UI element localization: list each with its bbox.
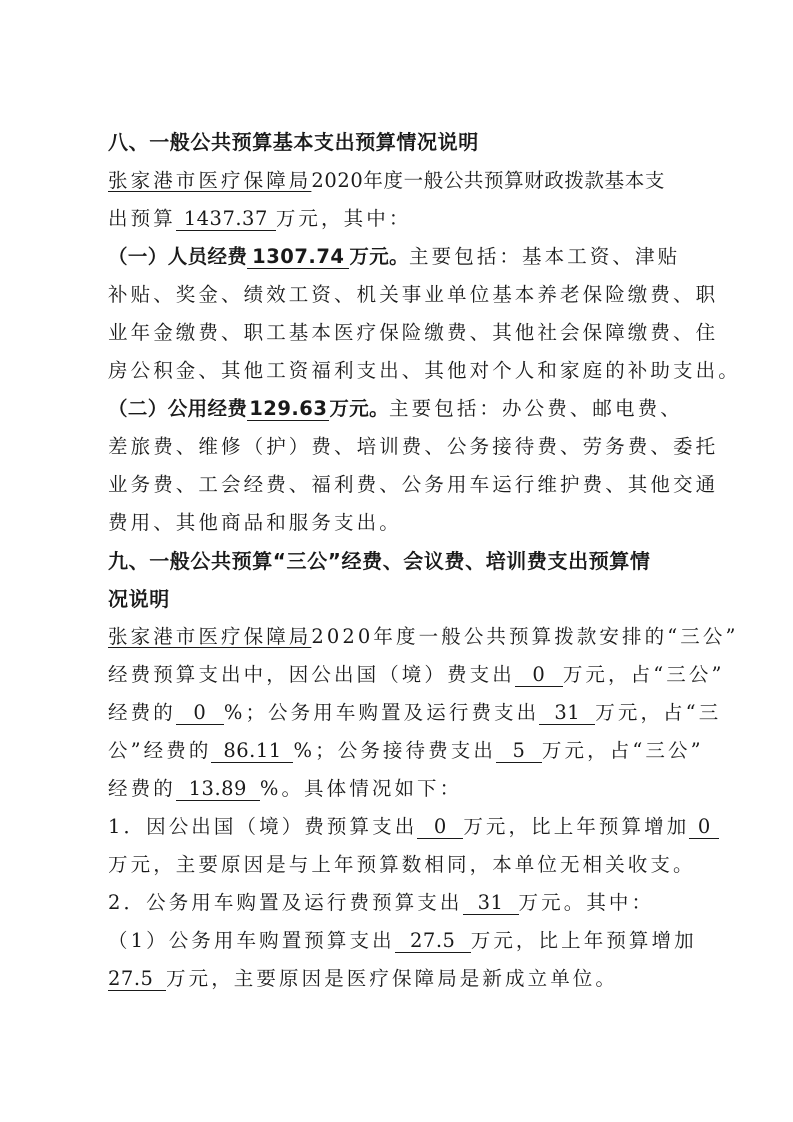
- public-desc: 主要包括：办公费、邮电费、: [389, 397, 683, 420]
- text: 经费的: [108, 777, 176, 800]
- personnel-desc: 主要包括：基本工资、津贴: [409, 245, 680, 268]
- item-2-1-amount-field: 27.5: [395, 930, 471, 953]
- text: 万元，比上年预算增加: [471, 929, 697, 952]
- reception-amount-field: 5: [496, 740, 542, 763]
- section-9-line-3: 经费的0%；公务用车购置及运行费支出31万元，占“三: [108, 699, 721, 727]
- public-line-4: 费用、其他商品和服务支出。: [108, 509, 402, 537]
- text: %；公务接待费支出: [293, 739, 495, 762]
- text: （1）公务用车购置预算支出: [108, 929, 395, 952]
- public-line-3: 业务费、工会经费、福利费、公务用车运行维护费、其他交通: [108, 471, 718, 499]
- text: 公”经费的: [108, 739, 211, 762]
- section-8-intro-line-1: 张家港市医疗保障局2020年度一般公共预算财政拨款基本支: [108, 167, 665, 195]
- section-9-line-5: 经费的13.89%。具体情况如下：: [108, 775, 462, 803]
- intro-suffix: 万元，其中：: [276, 207, 412, 230]
- public-line-1: （二）公用经费129.63万元。主要包括：办公费、邮电费、: [108, 395, 683, 423]
- text: 万元，占“三: [595, 701, 721, 724]
- item-2-1-line-1: （1）公务用车购置预算支出27.5万元，比上年预算增加: [108, 927, 697, 955]
- public-unit: 万元。: [329, 397, 389, 420]
- text: 万元，占“三公”: [542, 739, 704, 762]
- text: 2．公务用车购置及运行费预算支出: [108, 891, 463, 914]
- section-9-heading-line-1: 九、一般公共预算“三公”经费、会议费、培训费支出预算情: [108, 547, 651, 575]
- item-2-line: 2．公务用车购置及运行费预算支出31万元。其中：: [108, 889, 654, 917]
- organization-name: 张家港市医疗保障局: [108, 169, 311, 192]
- vehicle-pct-field: 86.11: [211, 740, 293, 763]
- item-1-line-2: 万元，主要原因是与上年预算数相同，本单位无相关收支。: [108, 851, 696, 879]
- abroad-pct-field: 0: [176, 702, 224, 725]
- section-9-line-4: 公”经费的86.11%；公务接待费支出5万元，占“三公”: [108, 737, 704, 765]
- public-line-2: 差旅费、维修（护）费、培训费、公务接待费、劳务费、委托: [108, 433, 718, 461]
- text: 经费预算支出中，因公出国（境）费支出: [108, 663, 515, 686]
- section-9-line-2: 经费预算支出中，因公出国（境）费支出0万元，占“三公”: [108, 661, 725, 689]
- personnel-line-2: 补贴、奖金、绩效工资、机关事业单位基本养老保险缴费、职: [108, 281, 718, 309]
- section-9-heading-line-2: 况说明: [108, 585, 170, 613]
- section-8-intro-line-2: 出预算1437.37万元，其中：: [108, 205, 411, 233]
- personnel-amount-field: 1307.74: [247, 246, 349, 269]
- text: 1．因公出国（境）费预算支出: [108, 815, 417, 838]
- intro-prefix: 出预算: [108, 207, 176, 230]
- text: %。具体情况如下：: [260, 777, 462, 800]
- organization-name: 张家港市医疗保障局: [108, 625, 311, 648]
- text: 经费的: [108, 701, 176, 724]
- public-amount-field: 129.63: [247, 398, 329, 421]
- total-amount-field: 1437.37: [176, 208, 276, 231]
- text: 万元，比上年预算增加: [463, 815, 689, 838]
- item-2-1-line-2: 27.5万元，主要原因是医疗保障局是新成立单位。: [108, 965, 618, 993]
- text: 万元，占“三公”: [563, 663, 725, 686]
- text: 2020年度一般公共预算拨款安排的“三公”: [311, 625, 738, 648]
- personnel-line-4: 房公积金、其他工资福利支出、其他对个人和家庭的补助支出。: [108, 357, 741, 385]
- section-8-heading: 八、一般公共预算基本支出预算情况说明: [108, 128, 479, 156]
- text: 万元，主要原因是医疗保障局是新成立单位。: [166, 967, 618, 990]
- text: 万元。其中：: [519, 891, 655, 914]
- intro-text: 2020年度一般公共预算财政拨款基本支: [311, 169, 665, 192]
- vehicle-amount-field: 31: [539, 702, 595, 725]
- personnel-label: （一）人员经费: [108, 245, 247, 268]
- personnel-line-3: 业年金缴费、职工基本医疗保险缴费、其他社会保障缴费、住: [108, 319, 718, 347]
- reception-pct-field: 13.89: [176, 778, 260, 801]
- item-1-amount-field: 0: [417, 816, 463, 839]
- personnel-unit: 万元。: [349, 245, 409, 268]
- item-1-line-1: 1．因公出国（境）费预算支出0万元，比上年预算增加0: [108, 813, 719, 841]
- item-2-1-increase-field: 27.5: [108, 968, 166, 991]
- personnel-line-1: （一）人员经费1307.74万元。主要包括：基本工资、津贴: [108, 243, 680, 271]
- abroad-amount-field: 0: [515, 664, 563, 687]
- section-9-line-1: 张家港市医疗保障局2020年度一般公共预算拨款安排的“三公”: [108, 623, 739, 651]
- text: %；公务用车购置及运行费支出: [224, 701, 539, 724]
- item-1-increase-field: 0: [689, 816, 719, 839]
- item-2-amount-field: 31: [463, 892, 519, 915]
- public-label: （二）公用经费: [108, 397, 247, 420]
